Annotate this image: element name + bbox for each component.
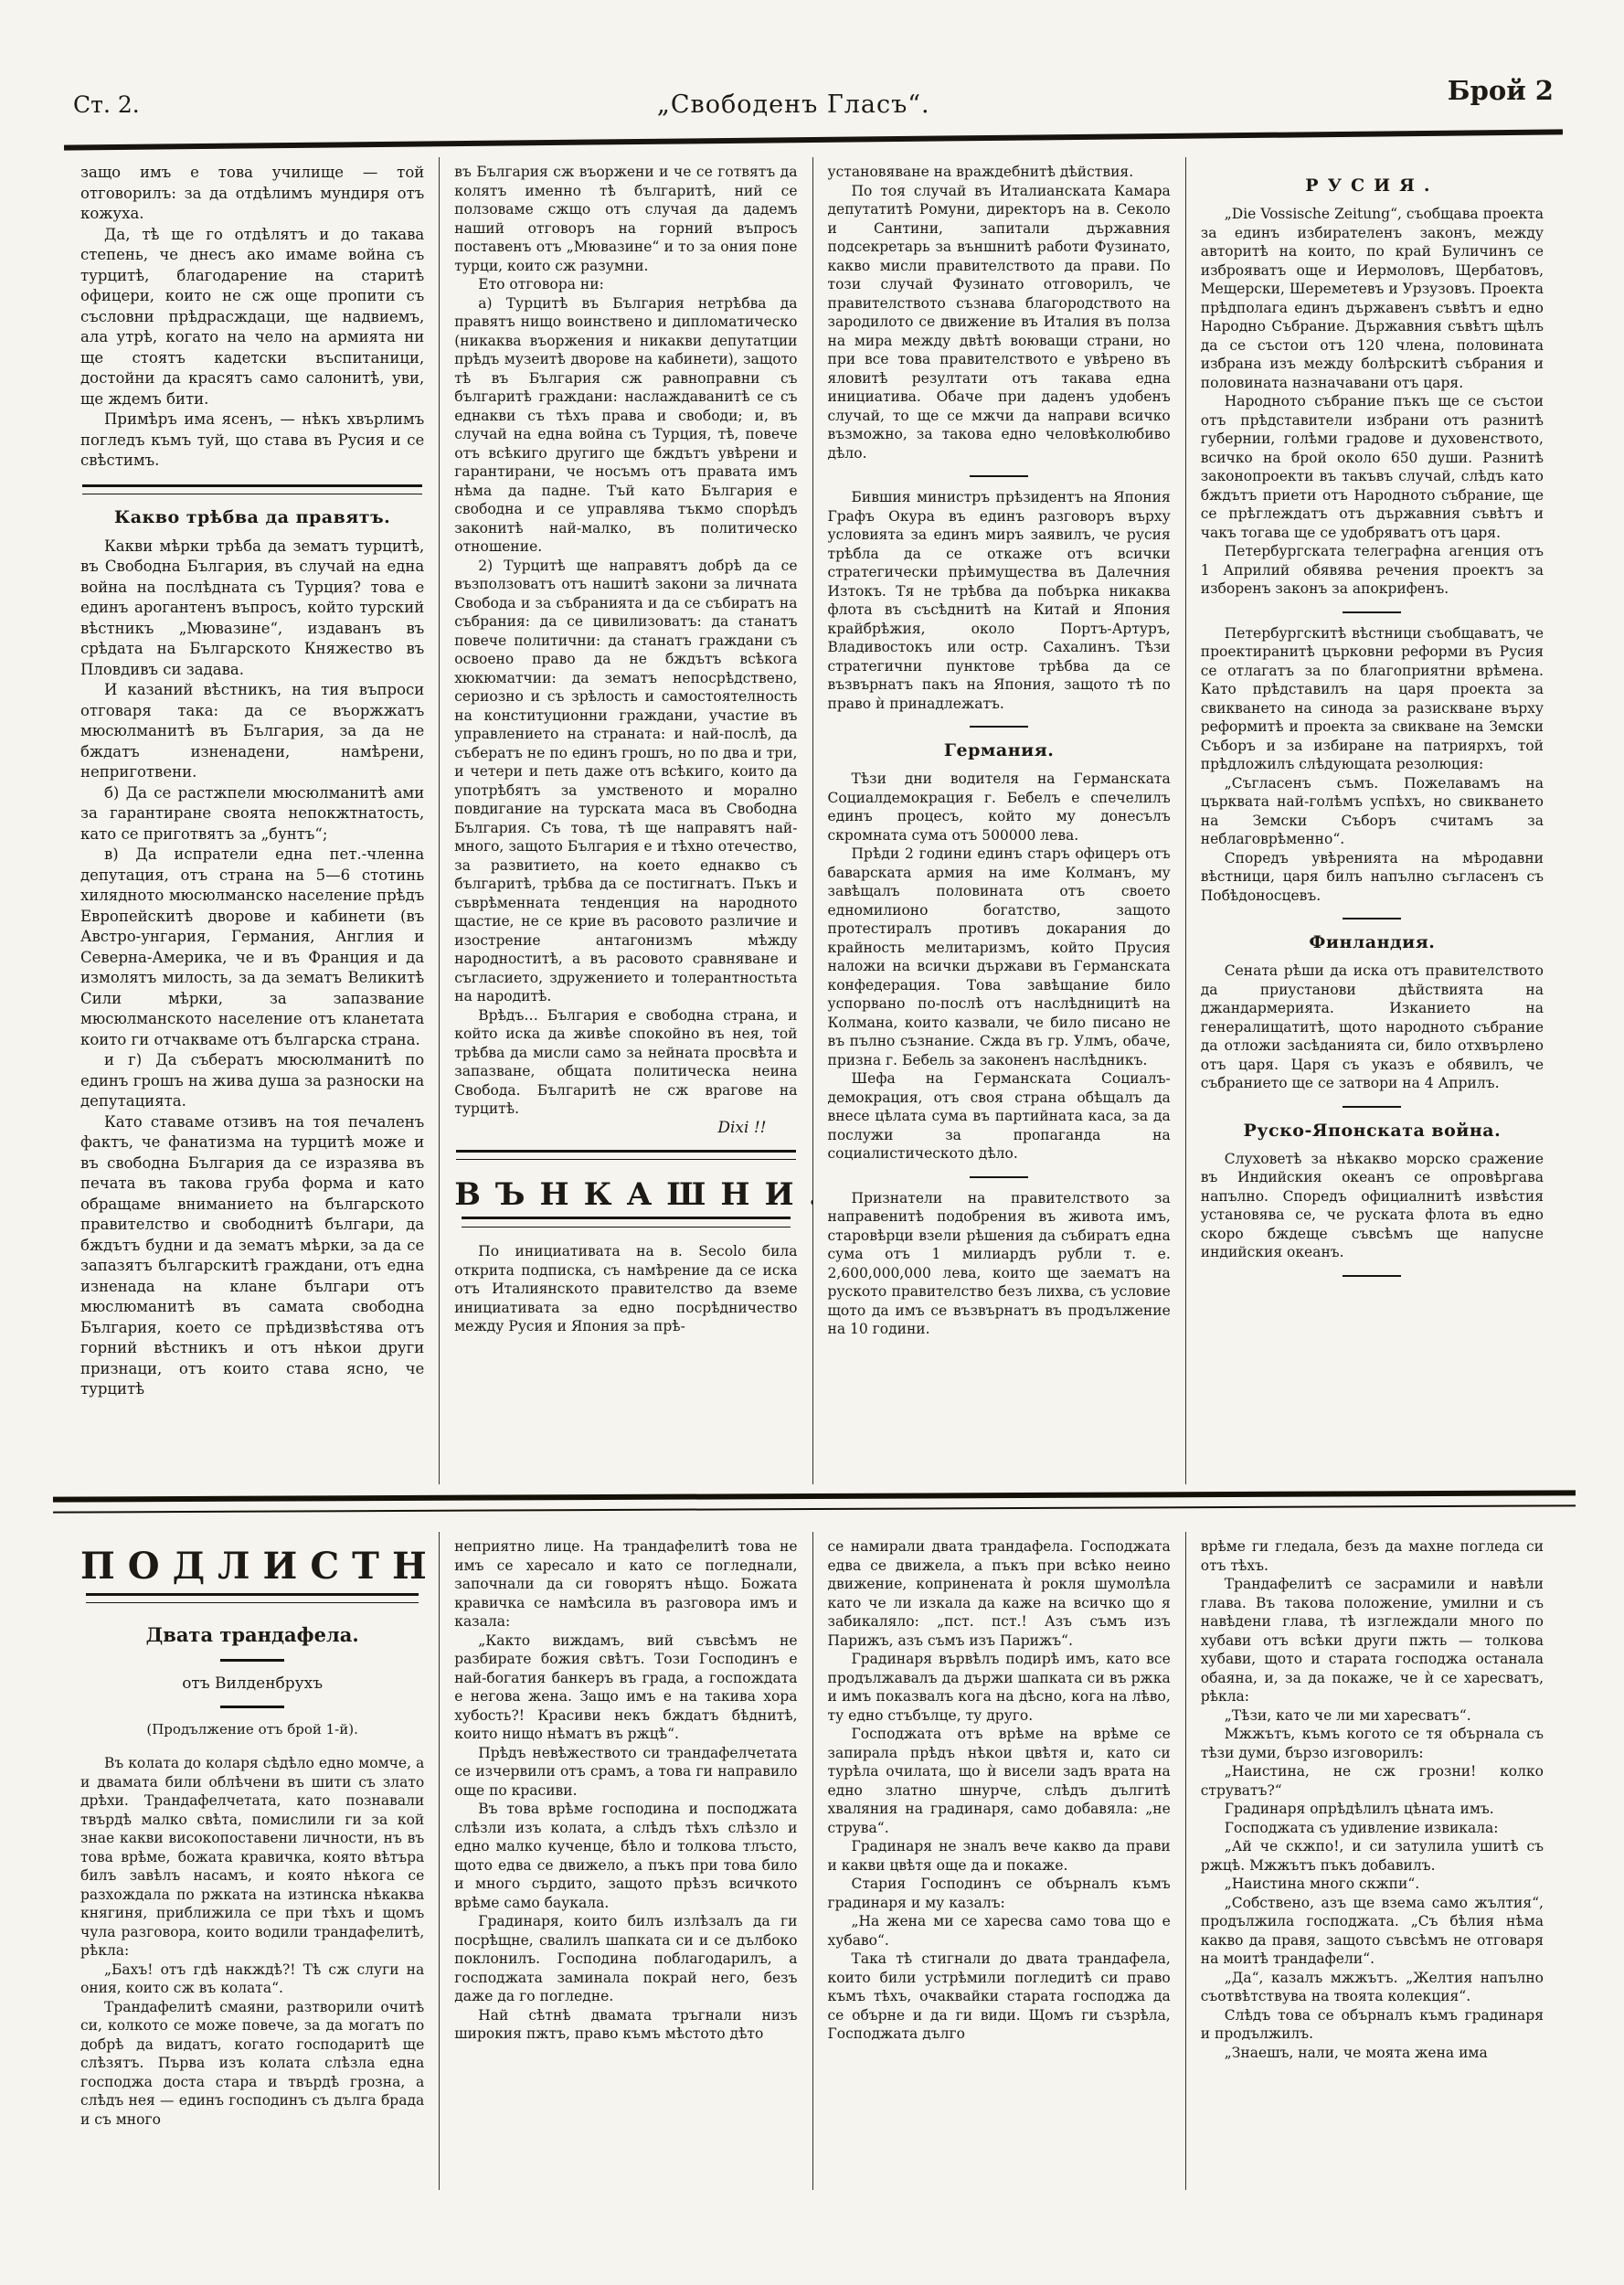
paragraph: Стария Господинъ се обърналъ къмъ градин… — [828, 1875, 1171, 1912]
paragraph: Петербургскитѣ вѣстници съобщаватъ, че п… — [1201, 624, 1544, 774]
paragraph: 2) Турцитѣ ще направятъ добрѣ да се възп… — [454, 557, 797, 1006]
paragraph: Господжата отъ врѣме на врѣме се запирал… — [828, 1725, 1171, 1837]
paragraph: Трандафелитѣ се засрамили и навѣли глава… — [1201, 1575, 1544, 1706]
paragraph: „Наистина, не сж грозни! колко струватъ?… — [1201, 1762, 1544, 1800]
paragraph: Мжжътъ, къмъ когото се тя обърнала съ тѣ… — [1201, 1725, 1544, 1762]
feuilleton-column-4: врѣме ги гледала, безъ да махне погледа … — [1185, 1532, 1558, 2190]
paragraph: „Бахъ! отъ гдѣ накждѣ?! Тѣ сж слуги на о… — [80, 1961, 424, 1998]
paragraph: „Съгласенъ съмъ. Пожелавамъ на църквата … — [1201, 774, 1544, 849]
paragraph: Градинаря, които билъ излѣзалъ да ги пос… — [454, 1912, 797, 2006]
paragraph: Сената рѣши да иска отъ правителството д… — [1201, 962, 1544, 1093]
double-rule — [82, 484, 422, 494]
paragraph-continued: неприятно лице. На трандафелитѣ това не … — [454, 1537, 797, 1631]
signature-line: Dixi !! — [454, 1119, 797, 1138]
paragraph: Ето отговора ни: — [454, 275, 797, 294]
paragraph: Така тѣ стигнали до двата трандафела, ко… — [828, 1950, 1171, 2044]
paragraph: Градинаря не зналъ вече какво да прави и… — [828, 1837, 1171, 1875]
paragraph: „Ай че скжпо!, и си затулила ушитѣ съ рж… — [1201, 1837, 1544, 1875]
paragraph: Врѣдъ… България е свободна страна, и кой… — [454, 1006, 797, 1119]
news-column-3: установяване на враждебнитѣ дѣйствия.По … — [812, 157, 1185, 1484]
masthead-title: „Свободенъ Гласъ“. — [657, 90, 930, 119]
paragraph: „На жена ми се харесва само това що е ху… — [828, 1912, 1171, 1950]
paragraph-continued: установяване на враждебнитѣ дѣйствия. — [828, 163, 1171, 182]
feuilleton-byline: отъ Вилденбрухъ — [80, 1674, 424, 1693]
paragraph: и г) Да събератъ мюсюлманитѣ по единъ гр… — [80, 1050, 424, 1112]
paragraph: По инициативата на в. Secolo била открит… — [454, 1242, 797, 1336]
feuilleton-column-2: неприятно лице. На трандафелитѣ това не … — [439, 1532, 812, 2190]
newspaper-page: Ст. 2. „Свободенъ Гласъ“. Брой 2 защо им… — [0, 0, 1624, 2285]
paragraph: Какви мѣрки трѣба да зематъ турцитѣ, въ … — [80, 537, 424, 681]
double-rule — [456, 1150, 795, 1160]
feuilleton-column-1: ПОДЛИСТНИКЪ Двата трандафела. отъ Вилден… — [66, 1532, 439, 2190]
feuilleton-title-rule — [86, 1593, 419, 1603]
paragraph: „Die Vossische Zeitung“, съобщава проект… — [1201, 205, 1544, 392]
paragraph: „Знаешъ, нали, че моята жена има — [1201, 2044, 1544, 2063]
paragraph: Въ колата до коларя сѣдѣло едно момче, а… — [80, 1754, 424, 1961]
paragraph: б) Да се растжпели мюсюлманитѣ ами за га… — [80, 783, 424, 845]
paragraph: в) Да испратели една пет.-членна депутац… — [80, 845, 424, 1050]
news-column-4: РУСИЯ.„Die Vossische Zeitung“, съобщава … — [1185, 157, 1558, 1484]
paragraph: „Тѣзи, като че ли ми харесватъ“. — [1201, 1706, 1544, 1726]
paragraph: Градинаря вървѣлъ подирѣ имъ, като все п… — [828, 1650, 1171, 1725]
section-separator — [53, 1490, 1576, 1513]
paragraph: „Собствено, азъ ще взема само жълтия“, п… — [1201, 1894, 1544, 1969]
paragraph: Трандафелитѣ смаяни, разтворили очитѣ си… — [80, 1998, 424, 2130]
dash-divider — [970, 1176, 1028, 1178]
paragraph: Градинаря опрѣдѣлилъ цѣната имъ. — [1201, 1800, 1544, 1819]
section-heading: РУСИЯ. — [1201, 175, 1544, 196]
news-column-1: защо имъ е това училище — той отговорилъ… — [66, 157, 439, 1484]
masthead: Ст. 2. „Свободенъ Гласъ“. Брой 2 — [73, 88, 1554, 119]
article-heading: Руско-Японската война. — [1201, 1121, 1544, 1141]
paragraph: Народното събрание пъкъ ще се състои отъ… — [1201, 392, 1544, 542]
paragraph: Примѣръ има ясенъ, — нѣкъ хвърлимъ погле… — [80, 409, 424, 472]
paragraph: Споредъ увѣренията на мѣродавни вѣстници… — [1201, 849, 1544, 906]
top-section: защо имъ е това училище — той отговорилъ… — [66, 157, 1558, 1484]
paragraph-continued: се намирали двата трандафела. Господжата… — [828, 1537, 1171, 1650]
paragraph: Прѣди 2 години единъ старъ офицеръ отъ б… — [828, 845, 1171, 1069]
feuilleton-column-1-text: Въ колата до коларя сѣдѣло едно момче, а… — [80, 1754, 424, 2129]
feuilleton-continuation-note: (Продължение отъ брой 1-й). — [80, 1721, 424, 1738]
dash-divider — [1343, 918, 1401, 919]
paragraph: Признатели на правителството за направен… — [828, 1189, 1171, 1339]
feuilleton-section: ПОДЛИСТНИКЪ Двата трандафела. отъ Вилден… — [66, 1532, 1558, 2190]
news-column-2: въ България сж въоржени и че се готвятъ … — [439, 157, 812, 1484]
feuilleton-title: ПОДЛИСТНИКЪ — [80, 1545, 424, 1588]
paragraph: По тоя случай въ Италианската Камара деп… — [828, 182, 1171, 463]
paragraph: Слѣдъ това се обърналъ къмъ градинаря и … — [1201, 2006, 1544, 2044]
masthead-issue-number: Брой 2 — [1448, 75, 1554, 106]
paragraph-continued: врѣме ги гледала, безъ да махне погледа … — [1201, 1537, 1544, 1575]
paragraph: а) Турцитѣ въ България нетрѣбва да правя… — [454, 294, 797, 557]
paragraph: Бившия министръ прѣзидентъ на Япония Гра… — [828, 488, 1171, 713]
paragraph-continued: защо имъ е това училище — той отговорилъ… — [80, 163, 424, 225]
dash-divider — [970, 726, 1028, 728]
paragraph: Да, тѣ ще го отдѣлятъ и до такава степен… — [80, 225, 424, 410]
article-heading: Германия. — [828, 740, 1171, 760]
masthead-page-number: Ст. 2. — [73, 91, 140, 118]
paragraph: Като ставаме отзивъ на тоя печаленъ факт… — [80, 1112, 424, 1400]
dash-divider — [220, 1659, 284, 1662]
feuilleton-article-title: Двата трандафела. — [80, 1623, 424, 1646]
article-heading: Финландия. — [1201, 932, 1544, 952]
paragraph: „Както виждамъ, вий съвсѣмъ не разбирате… — [454, 1631, 797, 1744]
paragraph: „Да“, казалъ мжжътъ. „Желтия напълно съо… — [1201, 1969, 1544, 2006]
section-title: ВЪНКАШНИ. — [454, 1176, 797, 1213]
dash-divider — [970, 475, 1028, 477]
paragraph: Най сѣтнѣ двамата тръгнали низъ широкия … — [454, 2006, 797, 2044]
paragraph: Тѣзи дни водителя на Германската Социалд… — [828, 770, 1171, 845]
dash-divider — [220, 1706, 284, 1708]
paragraph: И казаний вѣстникъ, на тия въпроси отгов… — [80, 680, 424, 783]
dash-divider — [1343, 611, 1401, 613]
paragraph: Петербургската телеграфна агенция отъ 1 … — [1201, 542, 1544, 599]
dash-divider — [1343, 1106, 1401, 1108]
article-heading: Какво трѣбва да правятъ. — [80, 507, 424, 527]
paragraph: Шефа на Германската Социалъ-демокрация, … — [828, 1069, 1171, 1164]
paragraph: Въ това врѣме господина и посподжата слѣ… — [454, 1800, 797, 1912]
paragraph: Прѣдъ невѣжеството си трандафелчетата се… — [454, 1744, 797, 1801]
paragraph: Слуховетѣ за нѣкакво морско сражение въ … — [1201, 1150, 1544, 1262]
paragraph: „Наистина много скжпи“. — [1201, 1875, 1544, 1894]
masthead-rule — [64, 129, 1563, 150]
dash-divider — [1343, 1275, 1401, 1277]
paragraph-continued: въ България сж въоржени и че се готвятъ … — [454, 163, 797, 275]
feuilleton-column-3: се намирали двата трандафела. Господжата… — [812, 1532, 1185, 2190]
paragraph: Господжата съ удивление извикала: — [1201, 1819, 1544, 1838]
double-rule — [462, 1217, 790, 1228]
